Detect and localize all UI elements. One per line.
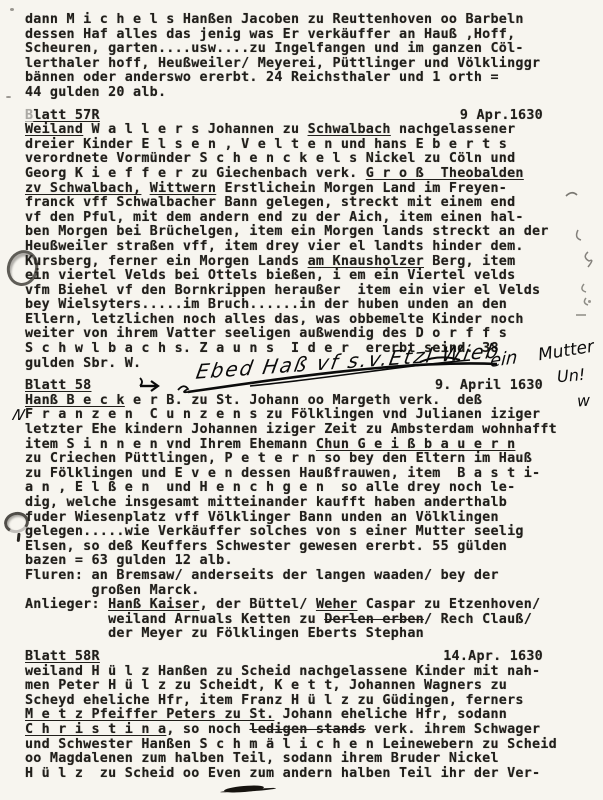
text-line: dig, welche insgesamt mitteinander kauff… (25, 496, 581, 511)
section-heading: Blatt 58R (25, 649, 100, 664)
text-run: weiland H ü l z Hanßen zu Scheid nachgel… (25, 664, 540, 679)
underlined-text: Weiland (25, 122, 83, 137)
handwritten-note-tail: ein (489, 347, 518, 372)
text-run: Fluren: an Bremsaw/ anderseits der lange… (25, 568, 499, 583)
text-line: oo Magdalenen zum halben Teil, sodann ih… (25, 752, 581, 767)
text-run: Georg K i e f f e r zu Giechenbach verk. (25, 166, 366, 181)
text-run: bey Wielsyters.....im Bruch......in der … (25, 297, 507, 312)
text-run: Erstlichein Morgen Land im Freyen- (216, 181, 507, 196)
text-run: zu Criechen Püttlingen, P e t e r n so b… (25, 451, 532, 466)
text-line: gelegen.....wie Verkäuffer solches von s… (25, 525, 581, 540)
section-heading-label: Blatt 58 (25, 378, 92, 393)
document-section: Blatt 58R14.Apr. 1630weiland H ü l z Han… (25, 650, 581, 781)
text-run: verk. ihrem Schwager (366, 722, 541, 737)
text-run: gelegen.....wie Verkäuffer solches von s… (25, 524, 524, 539)
ink-smudge (224, 784, 264, 793)
text-run: fuder Wiesenplatz vff Völklinger Bann un… (25, 510, 499, 525)
text-run: H ü l z zu Scheid oo Even zum andern hal… (25, 766, 540, 781)
underlined-text: Wittwern (150, 181, 217, 196)
text-run: dig, welche insgesamt mitteinander kauff… (25, 495, 507, 510)
margin-note-w: w (576, 391, 590, 411)
text-run: e r B. zu St. Johann oo Margeth verk. de… (125, 393, 482, 408)
scan-speck (6, 96, 11, 98)
text-line: großen Marck. (25, 584, 581, 599)
text-run: Anlieger: (25, 597, 108, 612)
text-run: letzter Ehe kindern Johannen iziger Zeit… (25, 422, 557, 437)
text-line: letzter Ehe kindern Johannen iziger Zeit… (25, 423, 581, 438)
text-run: 44 gulden 20 alb. (25, 85, 166, 100)
text-line: bazen = 63 gulden 12 alb. (25, 554, 581, 569)
section-heading-row: Blatt 57R9 Apr.1630 (25, 109, 581, 124)
section-date: 14.Apr. 1630 (443, 650, 543, 665)
text-run: Berg, item (424, 254, 515, 269)
underlined-text: M e t z Pfeiffer Peters zu St. (25, 707, 274, 722)
text-line: bännen oder anderswo ererbt. 24 Reichsth… (25, 71, 581, 86)
text-line: Fluren: an Bremsaw/ anderseits der lange… (25, 569, 581, 584)
text-line: Scheuren, garten....usw....zu Ingelfange… (25, 42, 581, 57)
text-run: Kursberg, ferner ein Morgen Lands (25, 254, 308, 269)
text-run: , der Büttel/ (200, 597, 316, 612)
text-run: zu Fölklingen und E v e n dessen Haußfra… (25, 466, 540, 481)
text-run: ben Morgen bei Brüchelgen, item ein Morg… (25, 224, 549, 239)
section-heading-row: Blatt 58R14.Apr. 1630 (25, 650, 581, 665)
text-run: Caspar zu Etzenhoven/ (358, 597, 541, 612)
text-run: Scheuren, garten....usw....zu Ingelfange… (25, 41, 524, 56)
text-run: großen Marck. (25, 583, 200, 598)
text-run: verordnete Vormünder S c h e n c k e l s… (25, 151, 515, 166)
text-run: bännen oder anderswo ererbt. 24 Reichsth… (25, 70, 499, 85)
text-run: bazen = 63 gulden 12 alb. (25, 553, 233, 568)
text-run: lerthaler hoff, Heußweiler/ Meyerei, Püt… (25, 56, 540, 71)
margin-scribble (585, 252, 592, 267)
section-heading-label: latt 57R (33, 108, 100, 123)
struck-text: ledigen stands (249, 722, 365, 737)
text-line: 44 gulden 20 alb. (25, 86, 581, 101)
text-run: ein viertel Velds bei Ottels bießen, i e… (25, 268, 515, 283)
underlined-text: zv Schwalbach, (25, 181, 141, 196)
text-run: Johann eheliche Hfr, sodann (274, 707, 507, 722)
text-line: H ü l z zu Scheid oo Even zum andern hal… (25, 767, 581, 782)
text-line: zu Criechen Püttlingen, P e t e r n so b… (25, 452, 581, 467)
text-run: der Meyer zu Fölklingen Eberts Stephan (25, 626, 424, 641)
scan-speck (10, 8, 14, 11)
section-heading: Blatt 58 (25, 378, 92, 393)
text-run: nachgelassener (391, 122, 516, 137)
text-line: zv Schwalbach, Wittwern Erstlichein Morg… (25, 182, 581, 197)
text-run: weiland Arnuals Ketten zu (25, 612, 324, 627)
struck-text: Derlen erben (324, 612, 424, 627)
text-run: Scheyd eheliche Hfr, item Franz H ü l z … (25, 693, 524, 708)
section-heading: Blatt 57R (25, 108, 100, 123)
text-run: a n , E l ß e n und H e n c h g e n so a… (25, 480, 515, 495)
text-run: dann M i c h e l s Hanßen Jacoben zu Reu… (25, 12, 524, 27)
text-run: oo Magdalenen zum halben Teil, sodann ih… (25, 751, 499, 766)
text-run: und Schwester Hanßen S c h m ä l i c h e… (25, 737, 557, 752)
text-line: und Schwester Hanßen S c h m ä l i c h e… (25, 738, 581, 753)
text-line: M e t z Pfeiffer Peters zu St. Johann eh… (25, 708, 581, 723)
text-line: men Peter H ü l z zu Scheidt, K e t t, J… (25, 679, 581, 694)
text-line: bey Wielsyters.....im Bruch......in der … (25, 298, 581, 313)
text-run: gulden Sbr. W. (25, 356, 141, 371)
text-run: men Peter H ü l z zu Scheidt, K e t t, J… (25, 678, 507, 693)
text-run: franck vff Schwalbacher Bann gelegen, st… (25, 195, 515, 210)
underlined-text: Chun G e i ß b a u e r n (316, 437, 515, 452)
text-run: vfm Biehel vf den Bornkrippen heraußer i… (25, 283, 540, 298)
text-run: vf den Pful, mit dem andern end zu der A… (25, 210, 524, 225)
underlined-text: Weher (316, 597, 358, 612)
text-line: dessen Haf alles das jenig was Er verkäu… (25, 28, 581, 43)
section-heading-label: Blatt 58R (25, 649, 100, 664)
text-run: / Rech Clauß/ (424, 612, 532, 627)
text-line: franck vff Schwalbacher Bann gelegen, st… (25, 196, 581, 211)
text-run: weiter von ihrem Vatter seeligen außwend… (25, 326, 507, 341)
text-run: item S i n n e n vnd Ihrem Ehemann (25, 437, 316, 452)
text-line: weiland H ü l z Hanßen zu Scheid nachgel… (25, 665, 581, 680)
document-body: dann M i c h e l s Hanßen Jacoben zu Reu… (25, 13, 581, 781)
text-line: Georg K i e f f e r zu Giechenbach verk.… (25, 167, 581, 182)
underlined-text: Schwalbach (308, 122, 391, 137)
underlined-text: C h r i s t i n a (25, 722, 166, 737)
section-date: 9 Apr.1630 (460, 109, 543, 124)
faded-letter: B (25, 108, 33, 123)
text-line: F r a n z e n C u n z e n s zu Fölklinge… (25, 408, 581, 423)
text-run: Elsen, so deß Keuffers Schwester gewesen… (25, 539, 507, 554)
text-run: dreier Kinder E l s e n , V e l t e n un… (25, 137, 507, 152)
text-run: Heußweiler straßen vff, item drey vier e… (25, 239, 524, 254)
underlined-text: G r o ß Theobalden (366, 166, 524, 181)
text-line: ein viertel Velds bei Ottels bießen, i e… (25, 269, 581, 284)
text-line: C h r i s t i n a, so noch ledigen stand… (25, 723, 581, 738)
scanned-document-page: dann M i c h e l s Hanßen Jacoben zu Reu… (0, 0, 603, 800)
document-section: Blatt 57R9 Apr.1630Weiland W a l l e r s… (25, 109, 581, 372)
text-line: Heußweiler straßen vff, item drey vier e… (25, 240, 581, 255)
margin-note-un: Un! (556, 365, 586, 386)
text-line: a n , E l ß e n und H e n c h g e n so a… (25, 481, 581, 496)
text-line: verordnete Vormünder S c h e n c k e l s… (25, 152, 581, 167)
underlined-text: Hanß B e c k (25, 393, 125, 408)
underlined-text: Hanß Kaiser (108, 597, 199, 612)
text-run (141, 181, 149, 196)
text-run: , so noch (166, 722, 249, 737)
section-date: 9. April 1630 (435, 379, 543, 394)
text-run: dessen Haf alles das jenig was Er verkäu… (25, 27, 515, 42)
text-line: dann M i c h e l s Hanßen Jacoben zu Reu… (25, 13, 581, 28)
text-line: fuder Wiesenplatz vff Völklinger Bann un… (25, 511, 581, 526)
section-heading-row: Blatt 589. April 1630 (25, 379, 581, 394)
text-line: Anlieger: Hanß Kaiser, der Büttel/ Weher… (25, 598, 581, 613)
text-line: Weiland W a l l e r s Johannen zu Schwal… (25, 123, 581, 138)
document-section: Blatt 589. April 1630Hanß B e c k e r B.… (25, 379, 581, 642)
text-run: W a l l e r s Johannen zu (83, 122, 307, 137)
text-run: Ellern, letzlichen noch alles das, was o… (25, 312, 524, 327)
scan-speck (588, 300, 591, 303)
text-run: F r a n z e n C u n z e n s zu Fölklinge… (25, 407, 540, 422)
text-line: Kursberg, ferner ein Morgen Lands am Kna… (25, 255, 581, 270)
underlined-text: am Knausholzer (308, 254, 424, 269)
text-line: ben Morgen bei Brüchelgen, item ein Morg… (25, 225, 581, 240)
text-line: der Meyer zu Fölklingen Eberts Stephan (25, 627, 581, 642)
